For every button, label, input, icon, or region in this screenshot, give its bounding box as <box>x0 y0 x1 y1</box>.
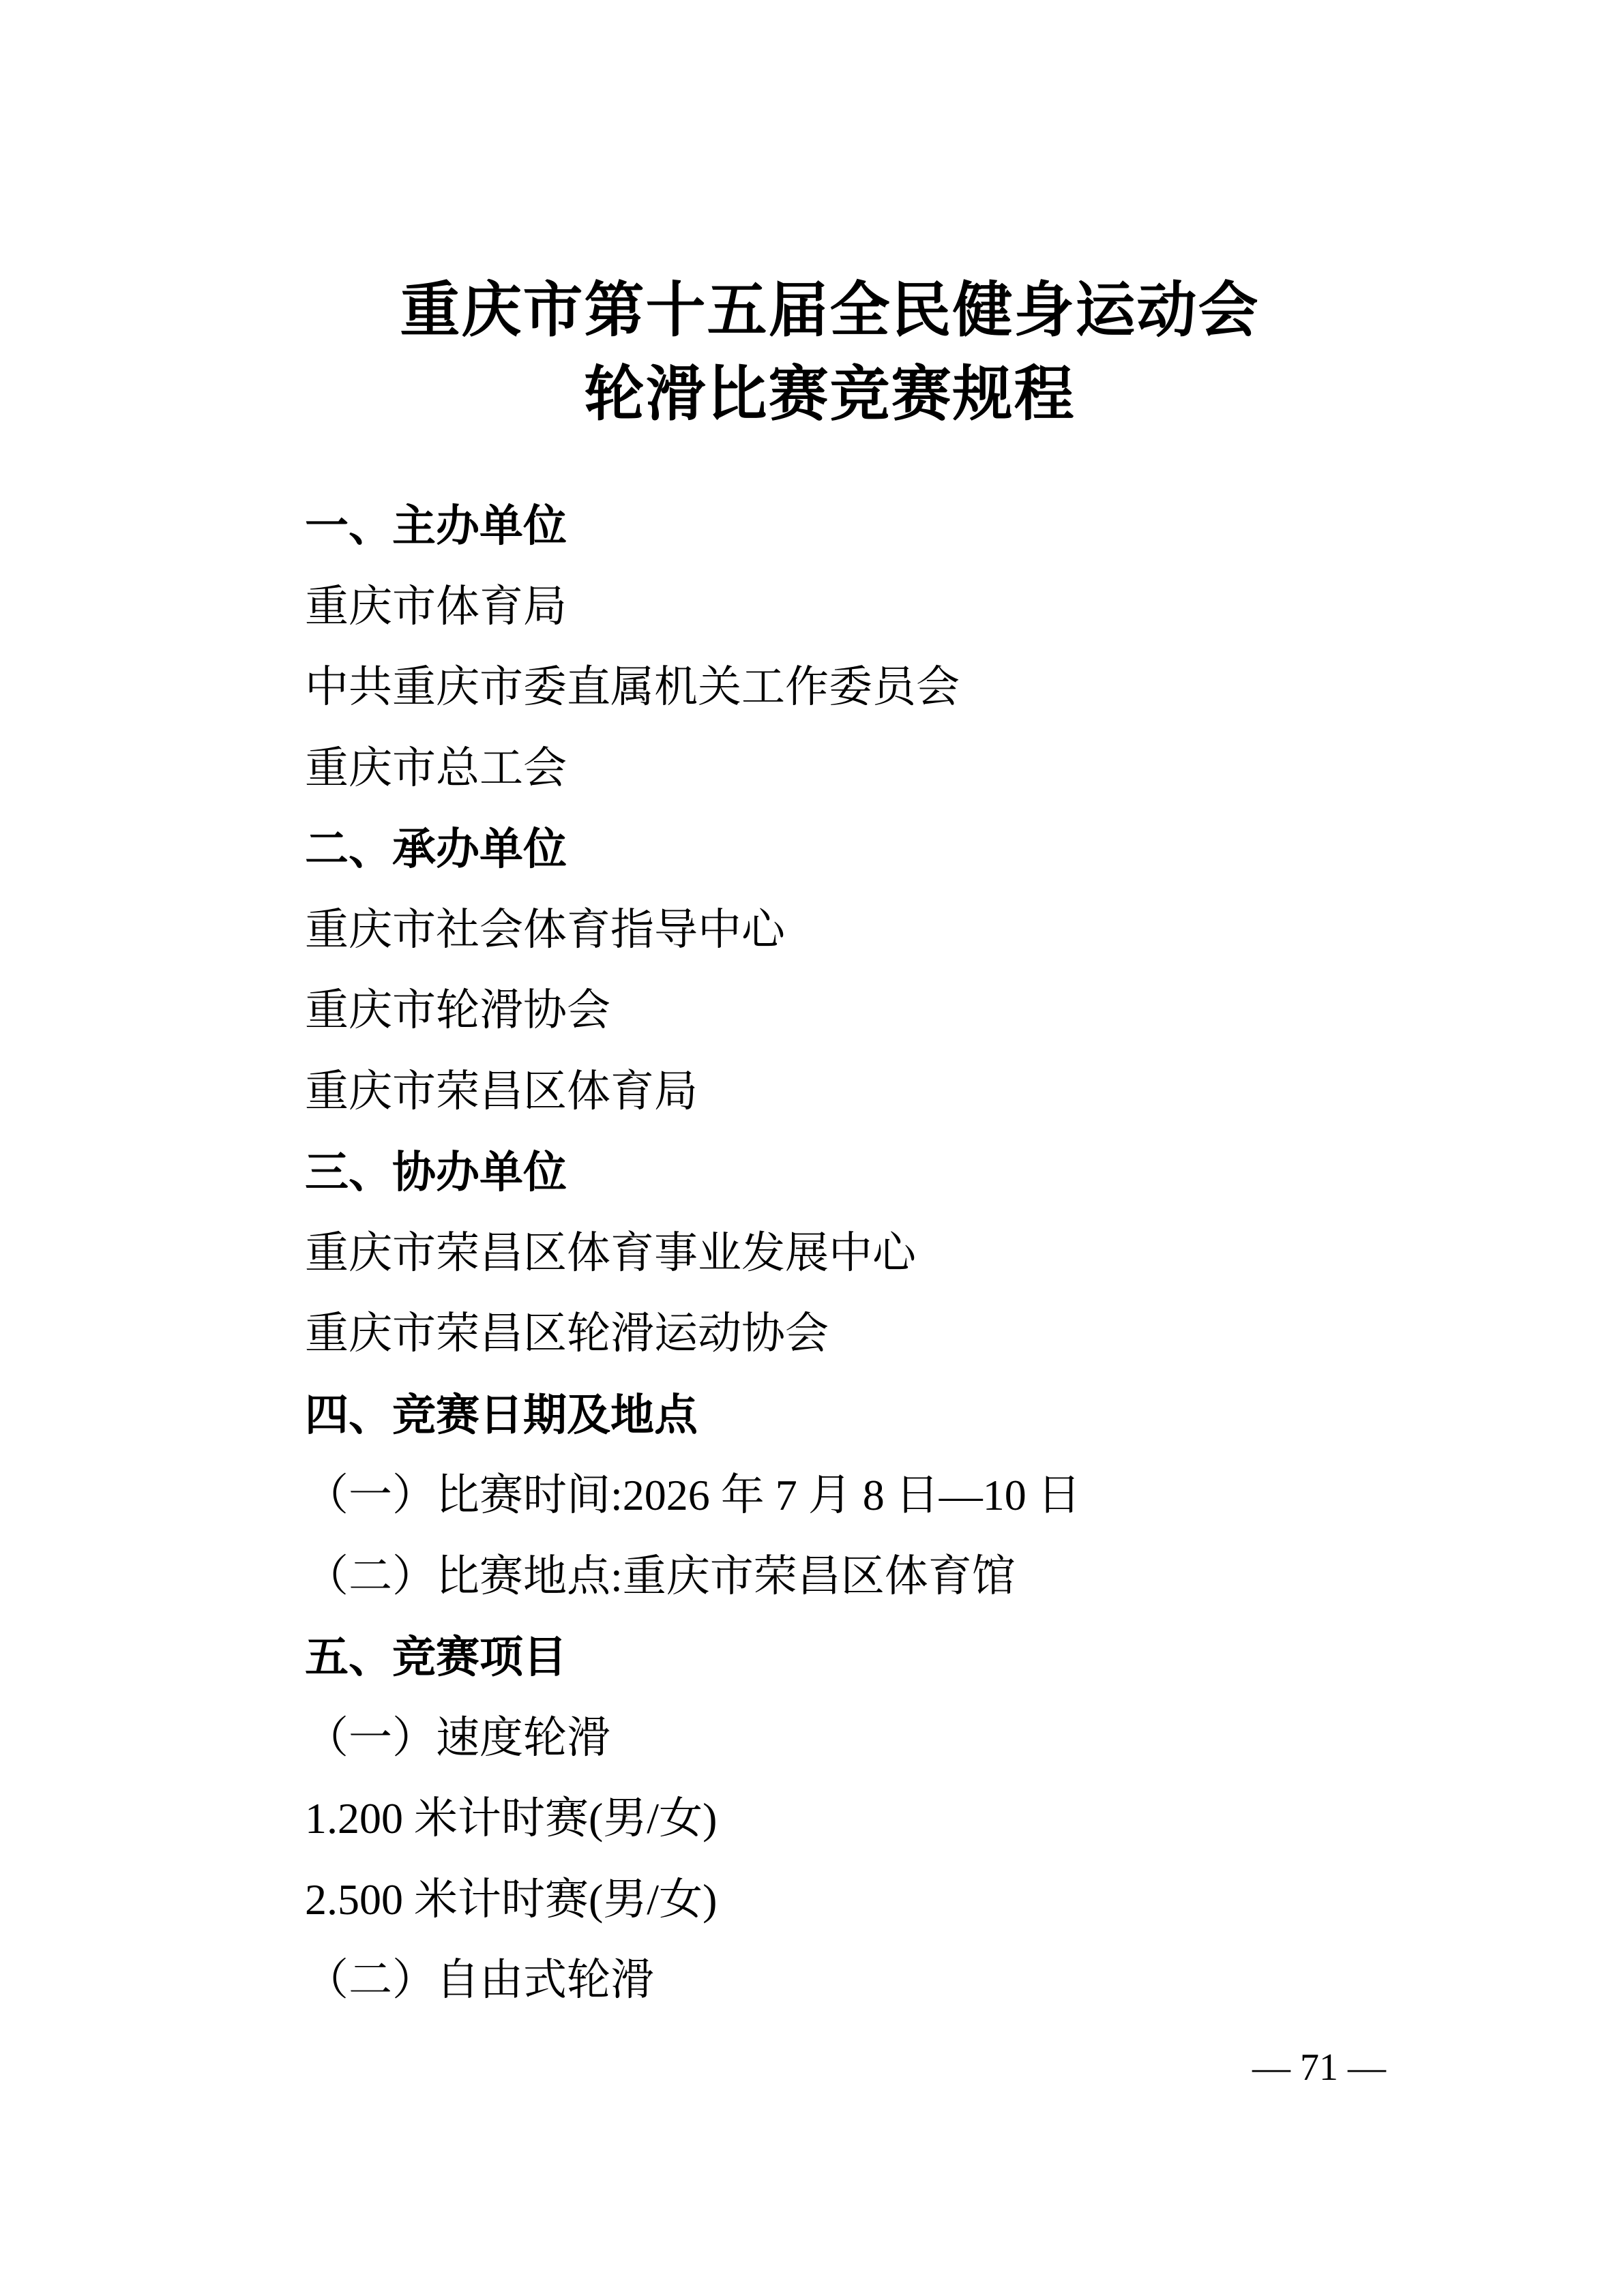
section-item: 重庆市体育局 <box>305 567 1423 648</box>
document-body: 一、主办单位 重庆市体育局 中共重庆市委直属机关工作委员会 重庆市总工会 二、承… <box>305 486 1423 2021</box>
section-item: 重庆市荣昌区轮滑运动协会 <box>305 1294 1423 1375</box>
section-item: （一）比赛时间:2026 年 7 月 8 日—10 日 <box>305 1455 1423 1536</box>
page-number: — 71 — <box>1252 2047 1386 2088</box>
section-heading-coorganizer: 三、协办单位 <box>305 1132 1423 1213</box>
section-item: 1.200 米计时赛(男/女) <box>305 1778 1423 1860</box>
document-title-line2: 轮滑比赛竞赛规程 <box>35 353 1624 437</box>
section-item: 重庆市轮滑协会 <box>305 970 1423 1052</box>
section-heading-undertaker: 二、承办单位 <box>305 809 1423 890</box>
section-item: 重庆市荣昌区体育事业发展中心 <box>305 1213 1423 1294</box>
section-item: 重庆市社会体育指导中心 <box>305 890 1423 971</box>
section-item: （二）比赛地点:重庆市荣昌区体育馆 <box>305 1536 1423 1617</box>
document-page: 重庆市第十五届全民健身运动会 轮滑比赛竞赛规程 一、主办单位 重庆市体育局 中共… <box>0 0 1624 2296</box>
section-heading-organizer: 一、主办单位 <box>305 486 1423 567</box>
section-item: 2.500 米计时赛(男/女) <box>305 1860 1423 1941</box>
section-item: （一）速度轮滑 <box>305 1698 1423 1779</box>
document-title: 重庆市第十五届全民健身运动会 轮滑比赛竞赛规程 <box>0 269 1624 437</box>
section-item: 重庆市总工会 <box>305 728 1423 809</box>
section-item: 重庆市荣昌区体育局 <box>305 1052 1423 1133</box>
document-title-line1: 重庆市第十五届全民健身运动会 <box>35 269 1624 353</box>
section-item: （二）自由式轮滑 <box>305 1940 1423 2021</box>
section-item: 中共重庆市委直属机关工作委员会 <box>305 647 1423 728</box>
section-heading-events: 五、竞赛项目 <box>305 1617 1423 1698</box>
section-heading-date-venue: 四、竞赛日期及地点 <box>305 1375 1423 1456</box>
